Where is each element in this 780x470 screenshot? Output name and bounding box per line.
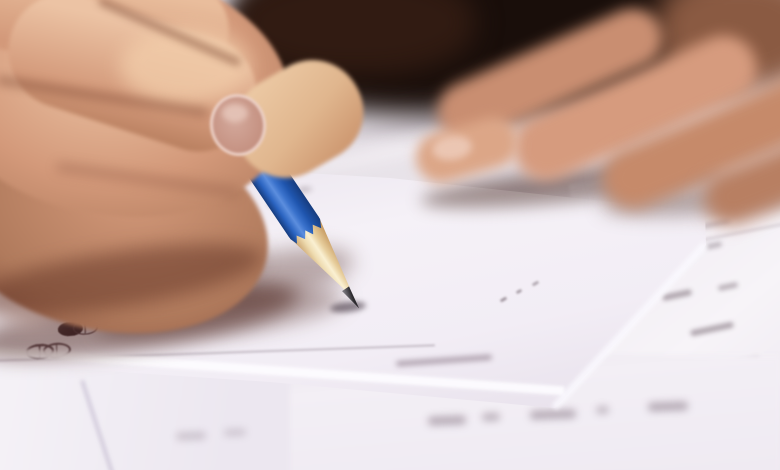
fingernail-glint xyxy=(222,104,248,122)
pencil-graphite-tip xyxy=(340,285,363,312)
photo-hand-filling-answer-sheet: ∕∕∕∕∕∕∕∕∕∕∕∕∕∕∕∕∕∕∕∕∕∕∕∕∕∕∕∕∕∕∕∕∕∕∕∕∕∕∕∕… xyxy=(0,0,780,470)
